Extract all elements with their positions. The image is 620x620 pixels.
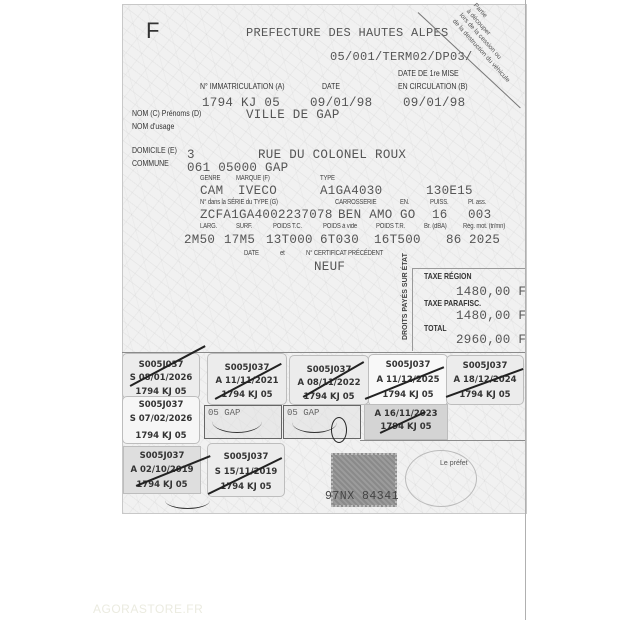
- label-total: TOTAL: [424, 323, 447, 333]
- total-value: 2960,00 F: [456, 333, 526, 347]
- label-largeur: LARG.: [200, 223, 217, 230]
- section-divider: [360, 440, 525, 441]
- prefecture-seal: [405, 450, 477, 507]
- stamp-circle-a: [331, 417, 347, 443]
- label-poids-tc: POIDS T.C.: [273, 223, 302, 230]
- label-serie: N° dans la SÉRIE du TYPE (G): [200, 199, 278, 206]
- label-domicile: DOMICILE (E): [132, 145, 177, 155]
- watermark: AGORASTORE.FR: [93, 602, 203, 616]
- serie-value: ZCFA1GA4002237078: [200, 208, 333, 222]
- sticker-code: S005J037: [123, 400, 199, 410]
- label-type: TYPE: [320, 175, 335, 182]
- inspection-sticker: S005J037 S 08/01/2026 1794 KJ 05: [122, 353, 200, 399]
- label-poids-tr: POIDS T.R.: [376, 223, 405, 230]
- inspection-sticker: S005J037 S 07/02/2026 1794 KJ 05: [122, 396, 200, 444]
- commune-value: 061 05000 GAP: [187, 161, 288, 175]
- sticker-code: S005J037: [447, 361, 523, 371]
- inspection-sticker: S005J037 A 02/10/2019 1794 KJ 05: [123, 446, 201, 494]
- puissance-value: 16: [432, 208, 448, 222]
- reference-code: 05/001/TERM02/DP03/: [330, 50, 473, 64]
- label-places: Pl. ass.: [468, 199, 486, 206]
- label-cert-precedent: N° CERTIFICAT PRÉCÉDENT: [306, 250, 383, 257]
- prefecture-title: PREFECTURE DES HAUTES ALPES: [246, 26, 449, 40]
- label-poids-vide: POIDS à vide: [323, 223, 357, 230]
- serial-number: 97NX 84341: [325, 490, 399, 503]
- label-puissance: PUISS.: [430, 199, 449, 206]
- surface-value: 17M5: [224, 233, 255, 247]
- label-surface: SURF.: [236, 223, 252, 230]
- signature: [165, 492, 210, 509]
- owner-name: VILLE DE GAP: [246, 108, 340, 122]
- sticker-date: S 07/02/2026: [123, 414, 199, 424]
- sticker-plate: 1794 KJ 05: [290, 392, 368, 402]
- first-circulation-date: 09/01/98: [403, 96, 465, 110]
- taxe-region-value: 1480,00 F: [456, 285, 526, 299]
- label-date: DATE: [322, 81, 340, 91]
- label-energie: EN.: [400, 199, 409, 206]
- largeur-value: 2M50: [184, 233, 215, 247]
- label-carrosserie: CARROSSERIE: [335, 199, 376, 206]
- label-nom-usage: NOM d'usage: [132, 121, 174, 131]
- sticker-date: A 16/11/2023: [365, 409, 447, 419]
- cert-precedent-value: NEUF: [314, 260, 345, 274]
- sticker-code: S005J037: [124, 451, 200, 461]
- sticker-plate: 1794 KJ 05: [365, 422, 447, 432]
- label-taxe-parafisc: TAXE PARAFISC.: [424, 298, 481, 308]
- poids-tc-value: 13T000: [266, 233, 313, 247]
- tax-side-label: DROITS PAYÉS SUR ÉTAT: [402, 253, 409, 340]
- label-taxe-region: TAXE RÉGION: [424, 271, 472, 281]
- country-letter: F: [146, 18, 159, 44]
- sticker-plate: 1794 KJ 05: [123, 431, 199, 441]
- label-first-circulation-1: DATE DE 1re MISE: [398, 68, 459, 78]
- carrosserie-value: BEN AMO: [338, 208, 393, 222]
- label-nom-prenoms: NOM (C) Prénoms (D): [132, 108, 201, 118]
- bruit-value: 86: [446, 233, 462, 247]
- label-commune: COMMUNE: [132, 158, 169, 168]
- sticker-date: A 18/12/2024: [447, 375, 523, 385]
- label-first-circulation-2: EN CIRCULATION (B): [398, 81, 468, 91]
- signature: [212, 410, 262, 433]
- label-marque: MARQUE (F): [236, 175, 270, 182]
- label-et: et: [280, 250, 285, 257]
- poids-tr-value: 16T500: [374, 233, 421, 247]
- energie-value: GO: [400, 208, 416, 222]
- inspection-sticker: A 16/11/2023 1794 KJ 05: [364, 404, 448, 440]
- regime-value: 2025: [469, 233, 500, 247]
- type-variant-value: 130E15: [426, 184, 473, 198]
- inspection-sticker: S005J037 A 18/12/2024 1794 KJ 05: [446, 355, 524, 405]
- label-regime: Rég. mot. (tr/mn): [463, 223, 505, 230]
- poids-vide-value: 6T030: [320, 233, 359, 247]
- street-name: RUE DU COLONEL ROUX: [258, 148, 406, 162]
- genre-value: CAM: [200, 184, 223, 198]
- marque-value: IVECO: [238, 184, 277, 198]
- taxe-parafisc-value: 1480,00 F: [456, 309, 526, 323]
- type-value: A1GA4030: [320, 184, 382, 198]
- street-number: 3: [187, 148, 195, 162]
- places-value: 003: [468, 208, 491, 222]
- label-immatriculation: N° IMMATRICULATION (A): [200, 81, 285, 91]
- label-bruit: Br. (dBA): [424, 223, 447, 230]
- prefet-label: Le préfet: [440, 460, 468, 467]
- label-genre: GENRE: [200, 175, 220, 182]
- label-cert-date: DATE: [244, 250, 259, 257]
